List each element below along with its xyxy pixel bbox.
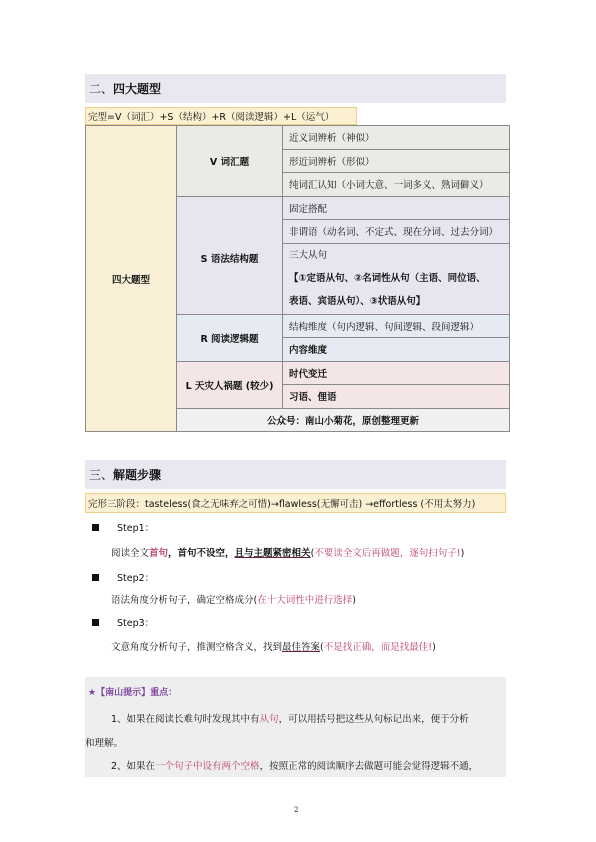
table-cell: 固定搭配	[283, 196, 510, 220]
step-2-text: 语法角度分析句子，确定空格成分(在十大词性中进行选择)	[111, 592, 356, 606]
section-number: 二、	[89, 80, 113, 97]
step-label: Step1：	[117, 520, 154, 534]
table-cell-clauses: 三大从句 【①定语从句、②名词性从句（主语、同位语、 表语、宾语从句）、③状语从…	[283, 243, 510, 314]
section-title: 四大题型	[113, 80, 161, 97]
table-cell: 非谓语（动名词、不定式、现在分词、过去分词）	[283, 220, 510, 244]
text: 语法角度分析句子，确定空格成分(	[111, 595, 257, 606]
highlight: 不要读全文后再做题，逐句扫句子!	[314, 548, 460, 559]
clauses-line-2: 表语、宾语从句）、③状语从句】	[289, 290, 503, 313]
question-types-table: 四大题型 V 词汇题 近义词辨析（神似） 形近词辨析（形似） 纯词汇认知（小词大…	[85, 125, 510, 432]
highlight: 从句	[260, 714, 279, 725]
stages-banner: 完形三阶段：tasteless(食之无味弃之可惜)→flawless(无懈可击)…	[85, 493, 506, 513]
table-cell: 近义词辨析（神似）	[283, 126, 510, 150]
step-2-label: Step2：	[92, 570, 154, 584]
page-number: 2	[294, 806, 298, 814]
table-cell: 形近词辨析（形似）	[283, 149, 510, 173]
section-number: 三、	[89, 466, 113, 483]
text: )	[352, 595, 356, 606]
clauses-heading: 三大从句	[289, 244, 503, 267]
section-heading-question-types: 二、 四大题型	[85, 74, 506, 103]
table-cell: 纯词汇认知（小词大意、一词多义、熟词僻义）	[283, 173, 510, 197]
formula-banner: 完型=V（词汇）+S（结构）+R（阅读逻辑）+L（运气）	[85, 107, 357, 125]
text: ，首句不设空，	[168, 548, 235, 559]
clauses-line-1: 【①定语从句、②名词性从句（主语、同位语、	[289, 267, 503, 290]
square-bullet-icon	[92, 574, 99, 581]
text: )	[461, 548, 465, 559]
group-structure: S 语法结构题	[177, 196, 283, 314]
text: 文意角度分析句子，推测空格含义，找到	[111, 642, 282, 653]
text: 阅读全文	[111, 548, 149, 559]
group-luck: L 天灾人祸题 (较少)	[177, 361, 283, 408]
highlight: 一个句子中设有两个空格	[155, 761, 260, 772]
square-bullet-icon	[92, 524, 99, 531]
text: 1、如果在阅读长难句时发现其中有	[111, 714, 260, 725]
highlight: 首句	[149, 548, 168, 559]
category-cell: 四大题型	[86, 126, 177, 432]
group-reading-logic: R 阅读逻辑题	[177, 314, 283, 361]
table-cell: 内容维度	[283, 338, 510, 362]
step-1-text: 阅读全文首句，首句不设空，且与主题紧密相关(不要读全文后再做题，逐句扫句子!)	[111, 545, 464, 559]
highlight: 不是找正确，而是找最佳!	[324, 642, 432, 653]
underlined-text: 最佳答案	[282, 642, 320, 653]
text: ，按照正常的阅读顺序去做题可能会觉得逻辑不通，	[260, 761, 479, 772]
underlined-text: 且与主题紧密相关	[235, 548, 311, 559]
table-footer: 公众号：南山小菊花，原创整理更新	[177, 408, 510, 432]
text: )	[432, 642, 436, 653]
tip-box: ★【南山提示】重点： 1、如果在阅读长难句时发现其中有从句，可以用括号把这些从句…	[85, 677, 506, 777]
section-title: 解题步骤	[113, 466, 161, 483]
step-3-text: 文意角度分析句子，推测空格含义，找到最佳答案(不是找正确，而是找最佳!)	[111, 639, 436, 653]
tip-title: ★【南山提示】重点：	[88, 685, 177, 698]
step-1-label: Step1：	[92, 520, 154, 534]
table-cell: 习语、俚语	[283, 385, 510, 409]
highlight: 在十大词性中进行选择	[257, 595, 352, 606]
square-bullet-icon	[92, 619, 99, 626]
tip-paragraph-1-continued: 和理解。	[85, 735, 123, 749]
step-label: Step3：	[117, 615, 154, 629]
text: 2、如果在	[111, 761, 155, 772]
tip-paragraph-1: 1、如果在阅读长难句时发现其中有从句，可以用括号把这些从句标记出来，便于分析	[111, 711, 469, 725]
section-heading-solving-steps: 三、 解题步骤	[85, 460, 506, 489]
table-cell: 时代变迁	[283, 361, 510, 385]
table-cell: 结构维度（句内逻辑、句间逻辑、段间逻辑）	[283, 314, 510, 338]
tip-paragraph-2: 2、如果在一个句子中设有两个空格，按照正常的阅读顺序去做题可能会觉得逻辑不通，	[111, 758, 478, 772]
step-label: Step2：	[117, 570, 154, 584]
text: ，可以用括号把这些从句标记出来，便于分析	[279, 714, 469, 725]
step-3-label: Step3：	[92, 615, 154, 629]
group-vocab: V 词汇题	[177, 126, 283, 197]
